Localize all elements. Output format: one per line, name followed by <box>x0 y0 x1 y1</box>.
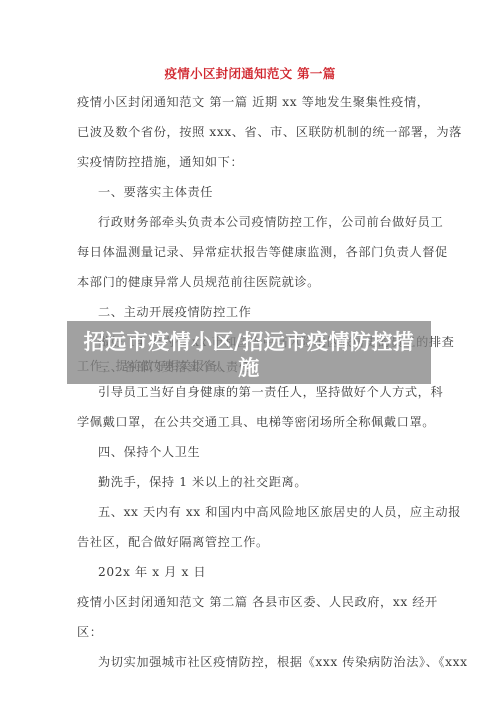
section-heading: 二、主动开展疫情防控工作 <box>98 303 251 320</box>
paragraph-line: 为切实加强城市社区疫情防控，根据《xxx 传染病防治法》、《xxx <box>98 653 468 670</box>
paragraph-line: 实疫情防控措施，通知如下： <box>77 153 243 170</box>
overlay-title: 招远市疫情小区/招远市疫情防控措施 <box>67 321 431 381</box>
paragraph-line: 行政财务部牵头负责本公司疫情防控工作，公司前台做好员工 <box>98 213 443 230</box>
paragraph-line: 本部门的健康异常人员规范前往医院就诊。 <box>77 273 320 290</box>
date-line: 202x 年 x 月 x 日 <box>98 563 206 580</box>
section-heading: 四、保持个人卫生 <box>98 443 200 460</box>
title-overlay-banner: 招远市疫情小区/招远市疫情防控措施 <box>67 321 431 384</box>
paragraph-line: 区： <box>77 623 103 640</box>
paragraph-line: 疫情小区封闭通知范文 第一篇 近期 xx 等地发生聚集性疫情， <box>77 93 430 110</box>
document-title: 疫情小区封闭通知范文 第一篇 <box>0 64 500 82</box>
paragraph-line: 已波及数个省份，按照 xxx、省、市、区联防机制的统一部署，为落 <box>77 123 462 140</box>
paragraph-line: 疫情小区封闭通知范文 第二篇 各县市区委、人民政府，xx 经开 <box>77 593 438 610</box>
paragraph-line: 引导员工当好自身健康的第一责任人，坚持做好个人方式，科 <box>98 383 443 400</box>
paragraph-line: 学佩戴口罩，在公共交通工具、电梯等密闭场所全称佩戴口罩。 <box>77 413 435 430</box>
paragraph-line: 勤洗手，保持 1 米以上的社交距离。 <box>98 473 307 490</box>
paragraph-line: 告社区，配合做好隔离管控工作。 <box>77 533 269 550</box>
paragraph-line: 每日体温测量记录、异常症状报告等健康监测，各部门负责人督促 <box>77 243 448 260</box>
section-heading: 五、xx 天内有 xx 和国内中高风险地区旅居史的人员，应主动报 <box>98 503 461 520</box>
section-heading: 一、要落实主体责任 <box>98 183 213 200</box>
